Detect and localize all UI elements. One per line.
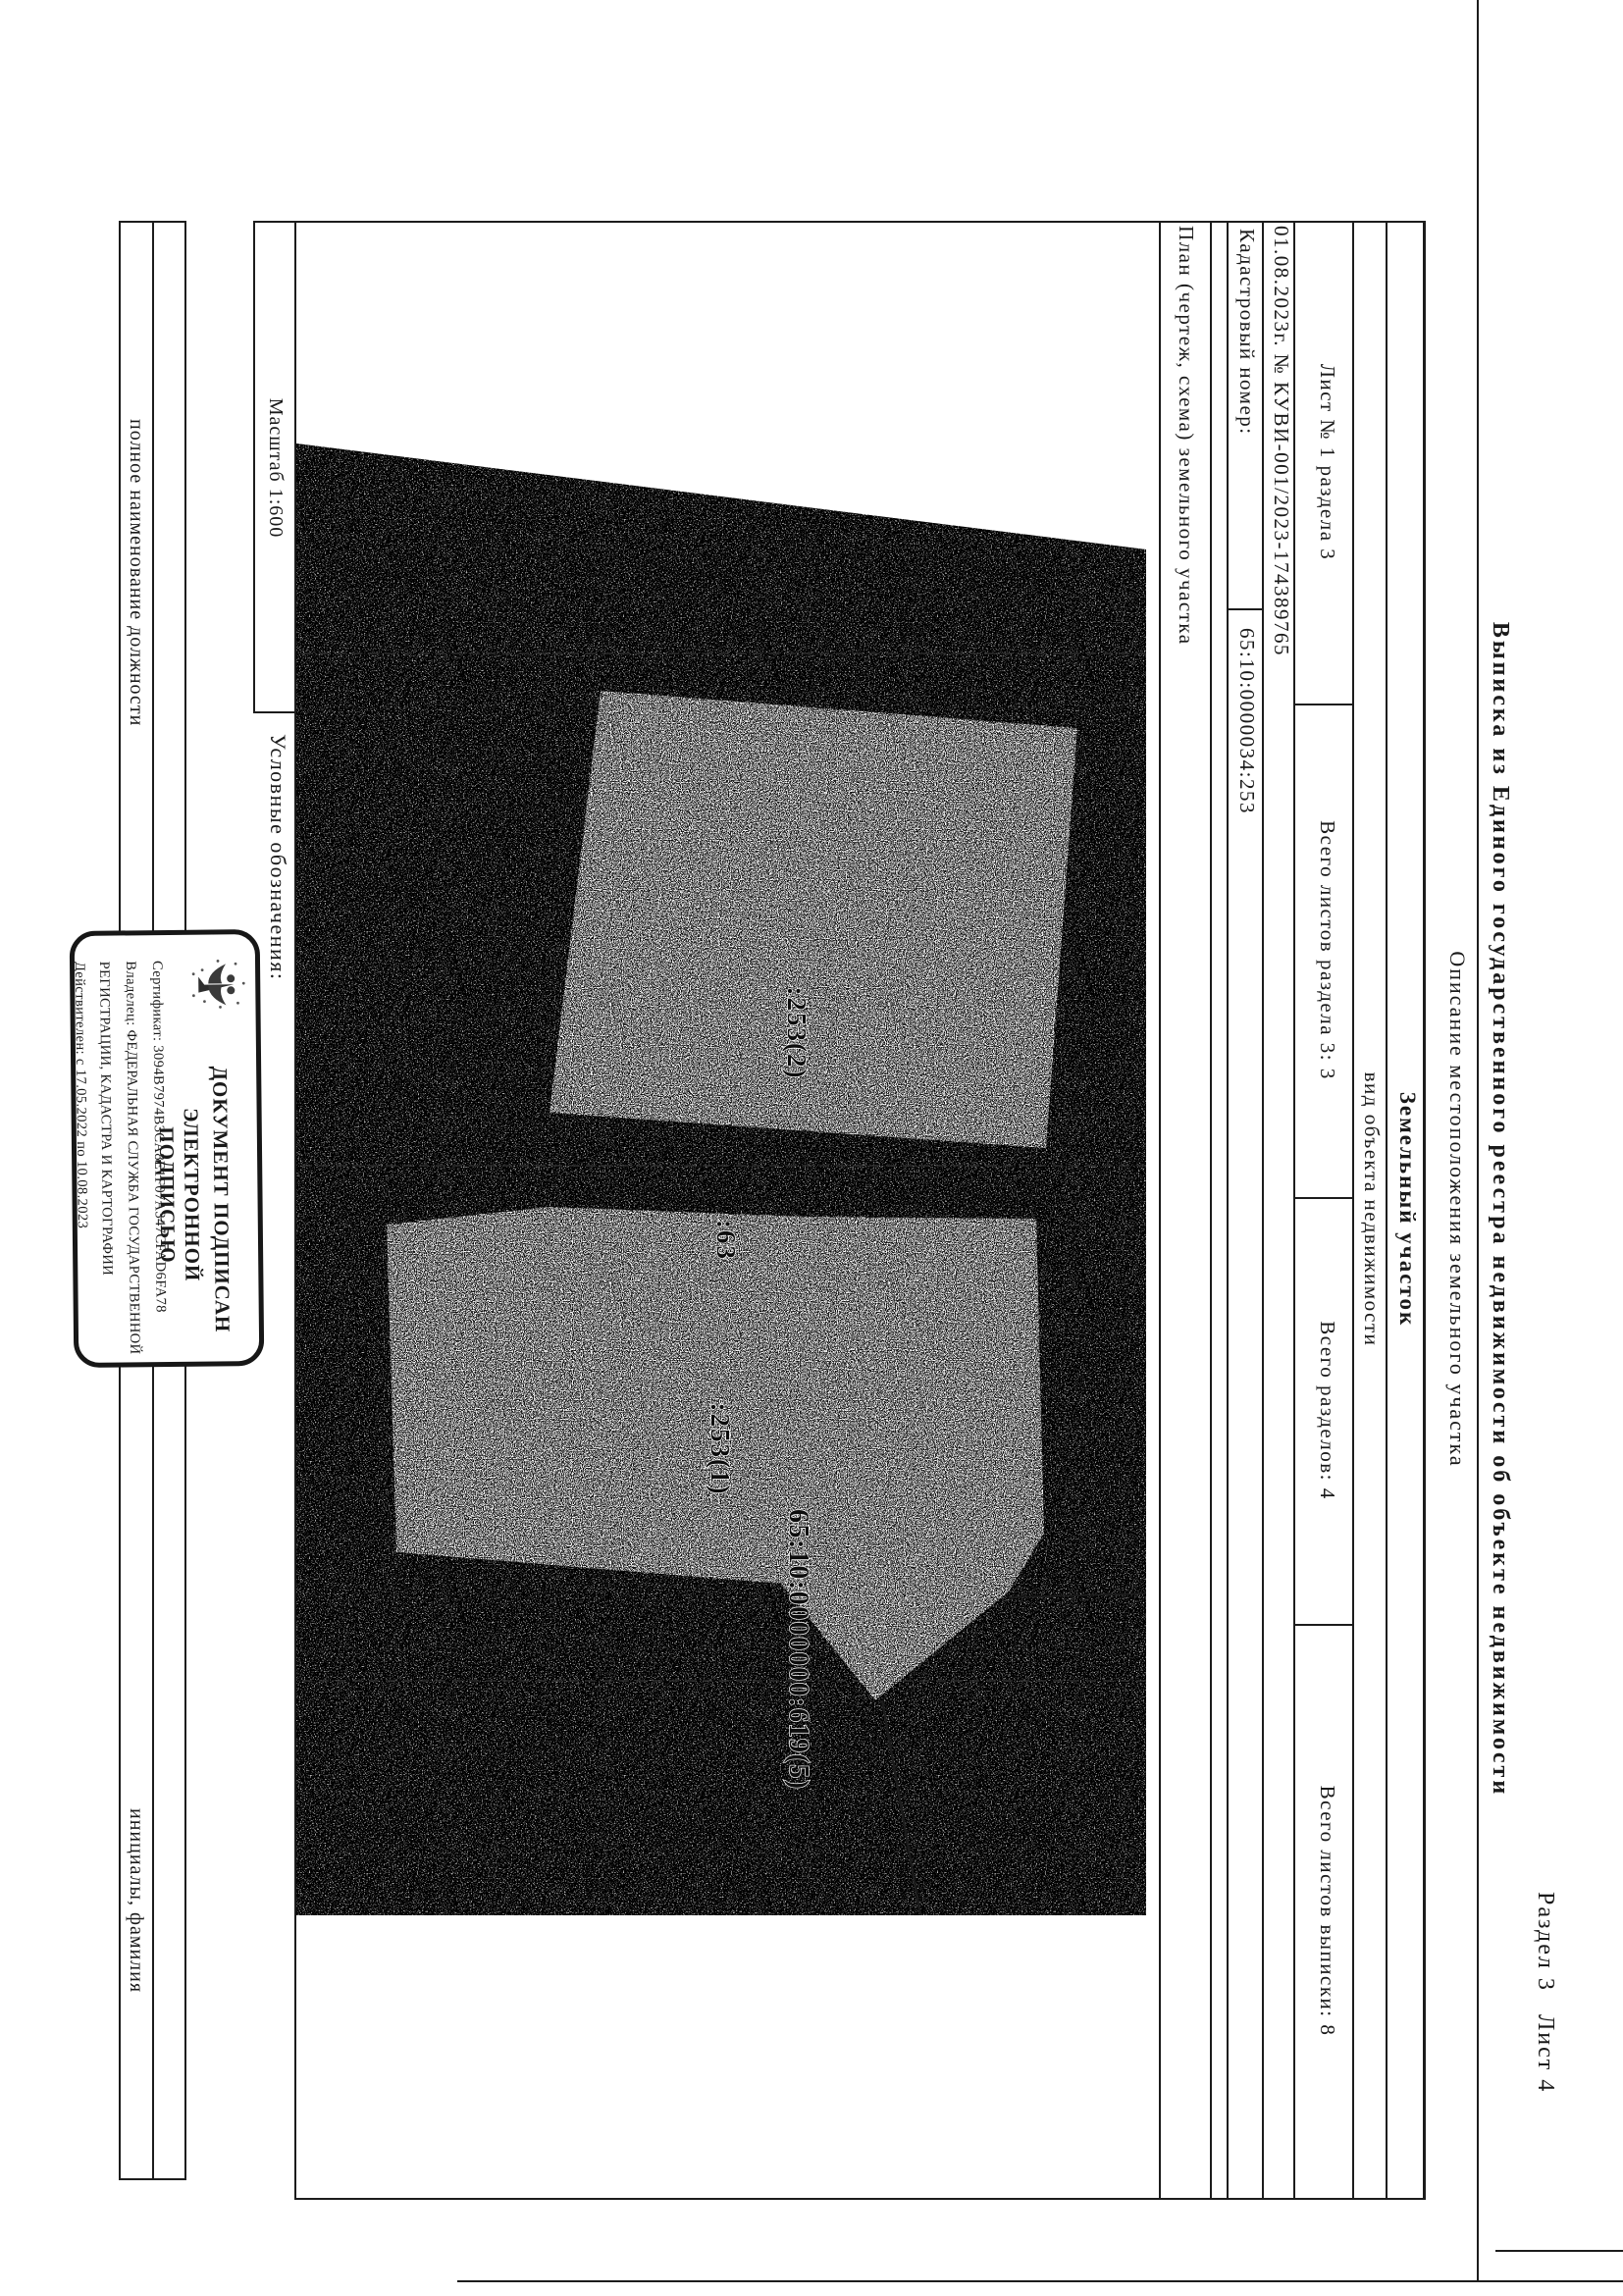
meta-total-sheets-cell: Всего листов выписки: 8 (1315, 1624, 1339, 2198)
table-border (1227, 221, 1229, 2200)
stamp-title-line1: ДОКУМЕНТ ПОДПИСАН (207, 1052, 235, 1346)
stamp-certificate: Сертификат: 3094B7974B3CA8E1F07A347CFAD6… (148, 961, 169, 1313)
signature-block-right-end (119, 2178, 186, 2180)
cadastral-plan-map: :253(2) :63 :253(1) 65:10:0000000:619(5) (296, 444, 1146, 1915)
digital-signature-stamp: ДОКУМЕНТ ПОДПИСАН ЭЛЕКТРОННОЙ ПОДПИСЬЮ С… (70, 929, 265, 1368)
table-border (1262, 221, 1264, 2200)
cadastral-number-label: Кадастровый номер: (1234, 229, 1259, 436)
stamp-validity: Действителен: с 17.05.2022 по 10.08.2023 (71, 962, 90, 1228)
stamp-owner-line2: РЕГИСТРАЦИИ, КАДАСТРА И КАРТОГРАФИИ (95, 962, 115, 1277)
stamp-owner-line1: Владелец: ФЕДЕРАЛЬНАЯ СЛУЖБА ГОСУДАРСТВЕ… (122, 961, 142, 1354)
document-title: Выписка из Единого государственного реес… (1487, 221, 1513, 2198)
meta-section-sheets-cell: Всего листов раздела 3: 3 (1315, 704, 1339, 1197)
table-left-border (253, 221, 1426, 223)
egrn-extract-document: Раздел 3 Лист 4 Выписка из Единого госуд… (0, 0, 1623, 2296)
meta-sheet-cell: Лист № 1 раздела 3 (1315, 221, 1339, 704)
parcel-253-1-label: :253(1) (706, 1403, 735, 1496)
sheet-label: Лист 4 (1532, 2014, 1558, 2093)
map-noise-layer (296, 444, 1146, 1915)
object-type-caption: вид объекта недвижимости (1359, 221, 1384, 2198)
table-border (1352, 221, 1354, 2200)
table-right-border (294, 2198, 1426, 2200)
request-number-line: 01.08.2023г. № КУВИ-001/2023-174389765 (1269, 226, 1293, 656)
cadastral-cell-divider (1227, 608, 1264, 610)
plan-map-svg: :253(2) :63 :253(1) 65:10:0000000:619(5) (296, 444, 1146, 1915)
scanned-page: Раздел 3 Лист 4 Выписка из Единого госуд… (0, 0, 1623, 2296)
scale-cell-right-border (253, 711, 296, 713)
scan-edge-line-short (1495, 2250, 1623, 2252)
parcel-253-2-label: :253(2) (782, 987, 811, 1080)
signature-name-caption: инициалы, фамилия (125, 1808, 147, 1993)
signature-position-caption: полное наименование должности (125, 419, 147, 726)
scale-label: Масштаб 1:600 (264, 229, 287, 707)
table-border (1386, 221, 1387, 2200)
parcel-63-label: :63 (711, 1220, 741, 1261)
parcel-619-label: 65:10:0000000:619(5) (783, 1509, 813, 1791)
scan-edge-line-vertical (457, 2280, 1623, 2282)
legend-label: Условные обозначения: (265, 734, 290, 981)
scale-cell-bottom-border (253, 221, 255, 713)
signature-block-left-end (119, 221, 186, 223)
table-top-border (1423, 221, 1426, 2200)
cadastral-number-value: 65:10:0000034:253 (1234, 628, 1259, 814)
document-subtitle: Описание местоположения земельного участ… (1444, 221, 1470, 2198)
object-type-value: Земельный участок (1394, 221, 1420, 2198)
plan-header: План (чертеж, схема) земельного участка (1174, 226, 1198, 646)
section-label: Раздел 3 (1532, 1892, 1558, 1992)
coat-of-arms-icon (188, 956, 248, 1014)
parcel-253-2-noise (550, 691, 1077, 1148)
scan-edge-line-horizontal (1477, 0, 1479, 2282)
table-border (1159, 221, 1161, 2200)
table-border (1210, 221, 1212, 2200)
table-border (1293, 221, 1295, 2200)
meta-sections-cell: Всего разделов: 4 (1315, 1197, 1339, 1624)
